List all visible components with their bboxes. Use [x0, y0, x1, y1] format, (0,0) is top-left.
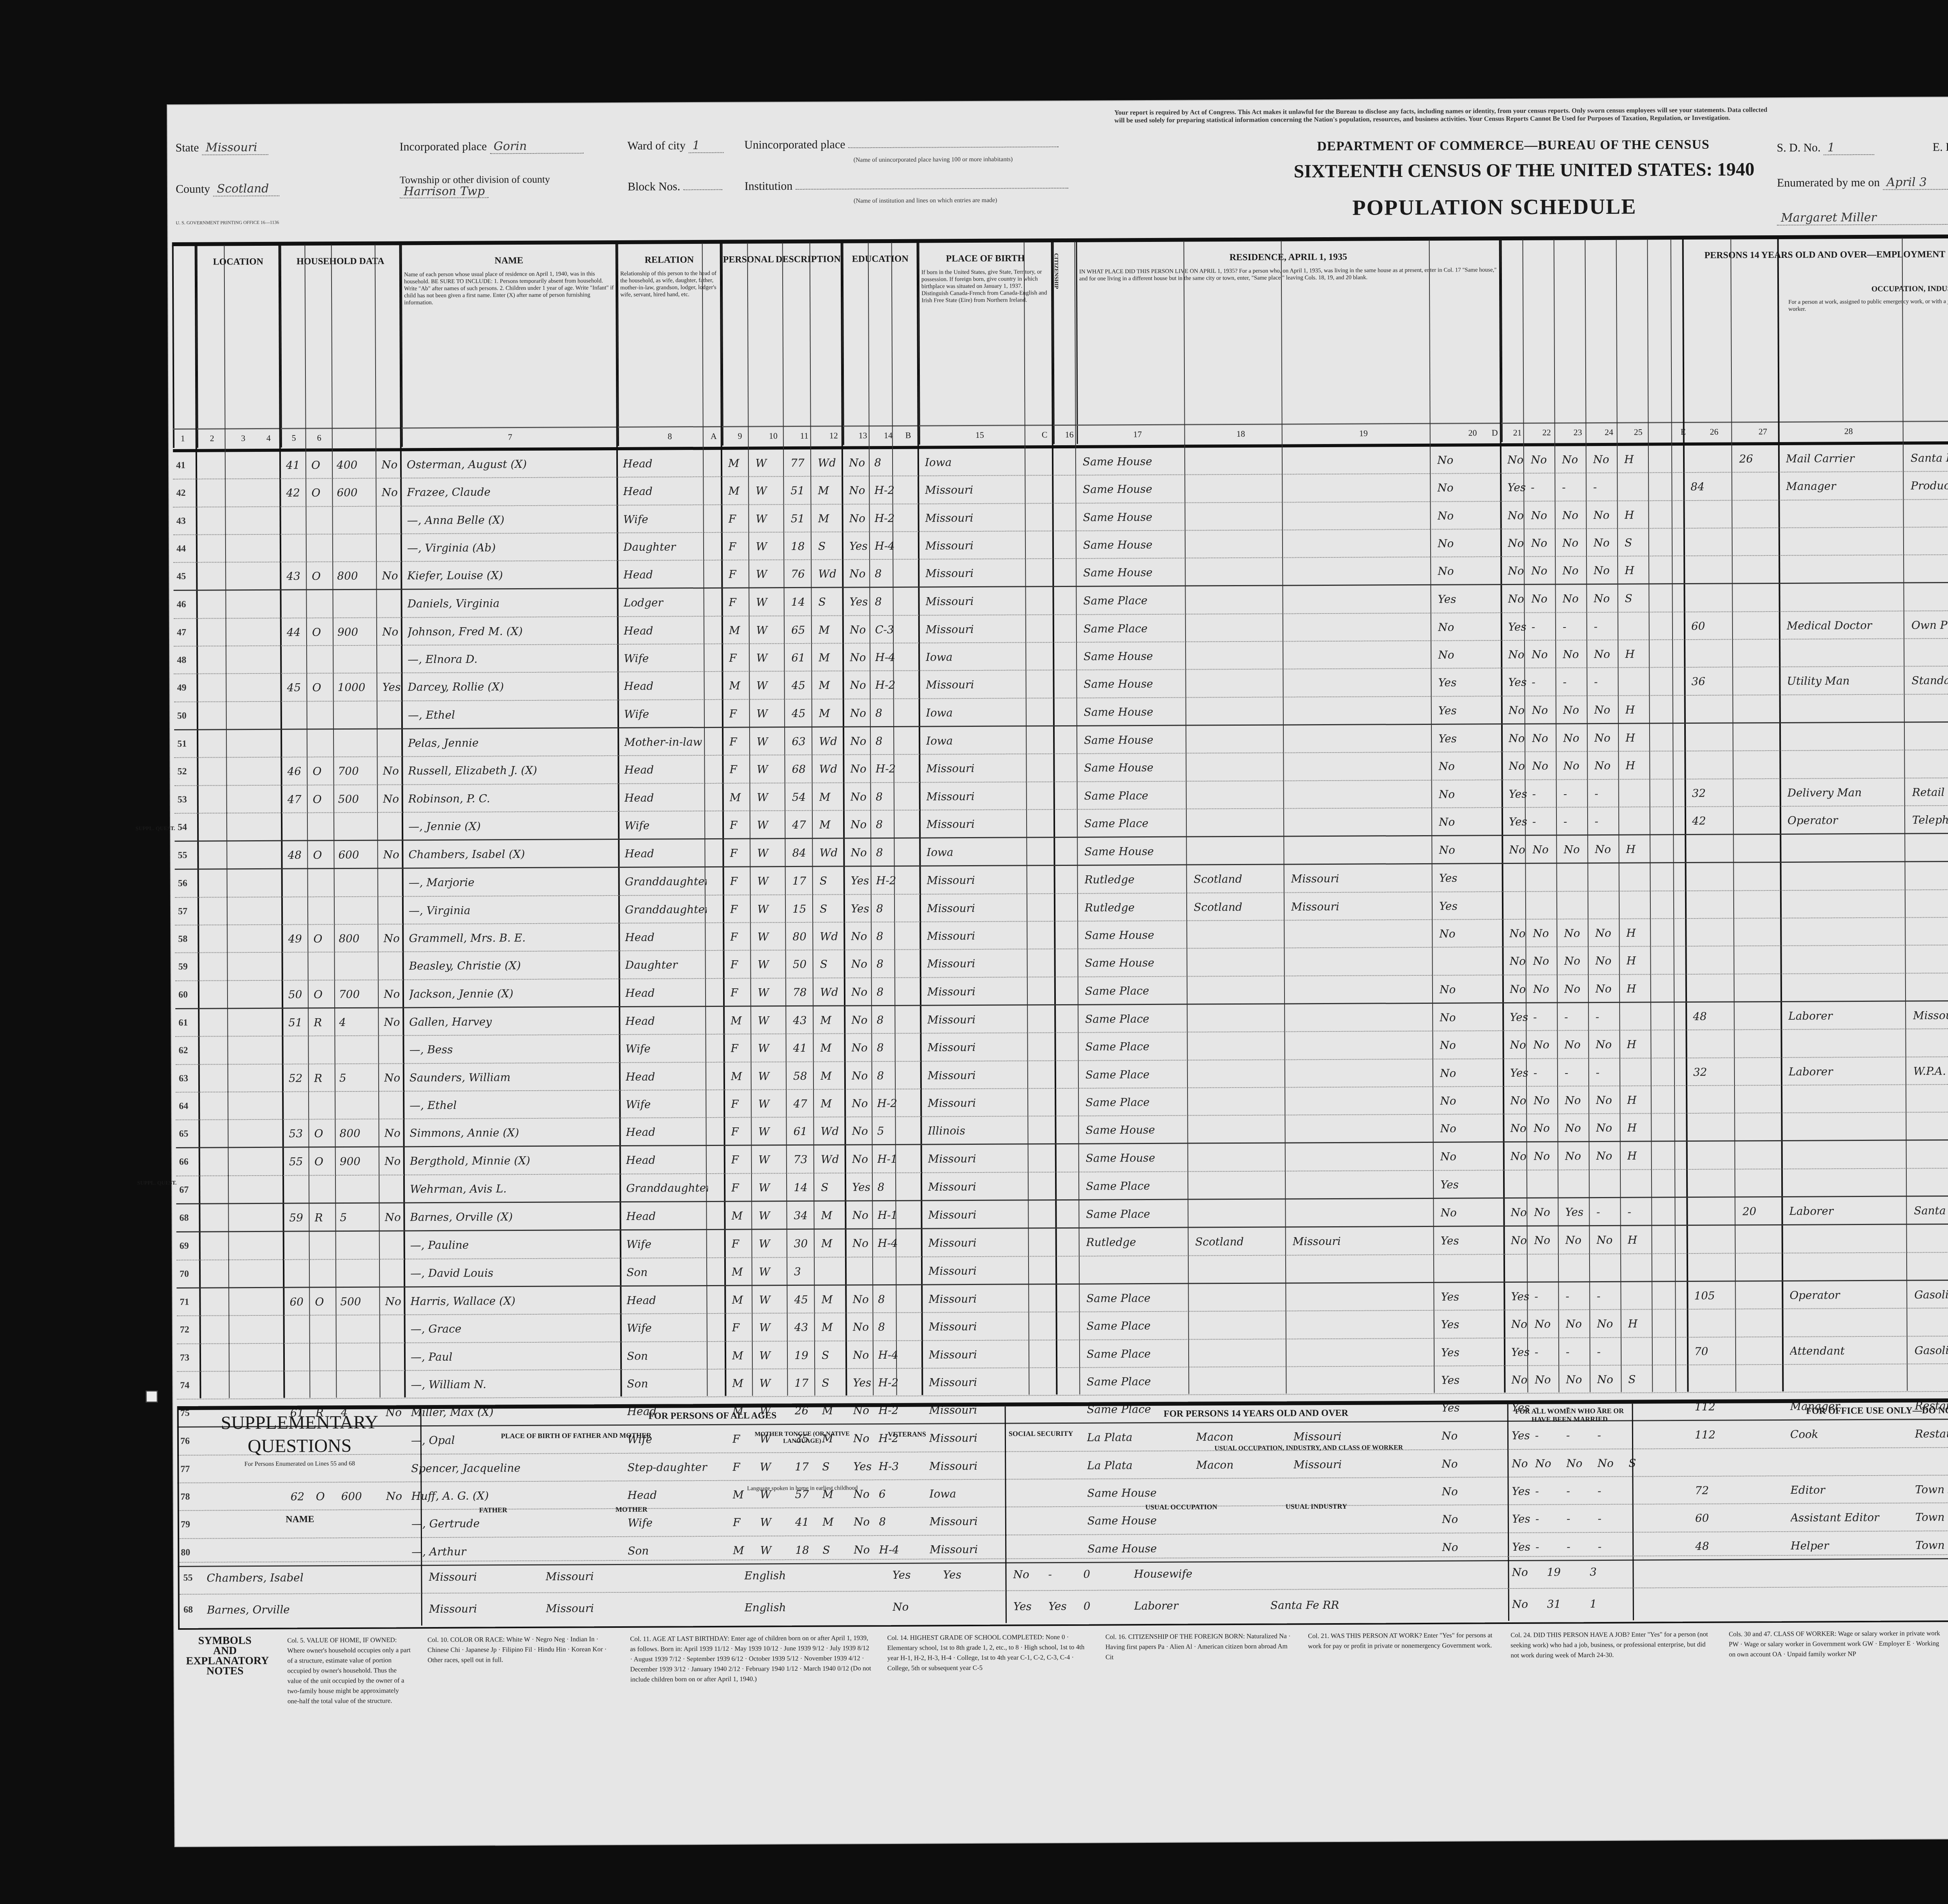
cell-race[interactable]: W: [759, 1261, 788, 1282]
supp-cell-mother[interactable]: Missouri: [545, 1566, 655, 1587]
cell-val[interactable]: [339, 872, 379, 894]
cell-farm35[interactable]: No: [1438, 561, 1461, 582]
cell-farm[interactable]: [385, 1374, 407, 1395]
cell-c22[interactable]: No: [1531, 449, 1558, 470]
cell-c25[interactable]: H: [1625, 755, 1653, 776]
cell-hh[interactable]: 43: [286, 566, 308, 587]
cell-ind[interactable]: [1912, 697, 1948, 719]
cell-grade[interactable]: 8: [876, 814, 897, 835]
cell-ind[interactable]: Santa Fe RR: [1911, 447, 1948, 469]
cell-hh[interactable]: 52: [289, 1067, 310, 1089]
cell-c22[interactable]: No: [1533, 1090, 1561, 1111]
cell-mar[interactable]: Wd: [819, 842, 847, 864]
cell-own[interactable]: [312, 705, 334, 726]
supp-cell-occ[interactable]: Housewife: [1134, 1563, 1266, 1585]
cell-farm[interactable]: No: [383, 844, 404, 866]
cell-c23[interactable]: No: [1562, 449, 1589, 470]
cell-sex[interactable]: F: [730, 843, 751, 864]
cell-farm35[interactable]: [1441, 1258, 1464, 1279]
cell-state[interactable]: [1292, 1090, 1385, 1112]
cell-c23[interactable]: [1565, 1173, 1592, 1195]
cell-mar[interactable]: M: [818, 508, 845, 529]
cell-name[interactable]: Darcey, Rollie (X): [408, 675, 620, 698]
cell-county[interactable]: [1195, 1091, 1286, 1112]
supp-cell-c49[interactable]: 19: [1547, 1561, 1578, 1583]
cell-c21[interactable]: Yes: [1508, 616, 1528, 638]
cell-c22[interactable]: No: [1532, 727, 1559, 749]
cell-name[interactable]: —, William N.: [411, 1373, 623, 1395]
cell-ind[interactable]: [1912, 753, 1948, 775]
cell-c25[interactable]: [1624, 476, 1652, 498]
cell-name[interactable]: —, Virginia (Ab): [407, 536, 619, 559]
cell-grade[interactable]: H-2: [878, 1372, 900, 1393]
cell-name[interactable]: —, Ethel: [408, 703, 620, 726]
cell-c25[interactable]: H: [1625, 643, 1652, 665]
cell-c27[interactable]: [1741, 782, 1782, 804]
cell-occ[interactable]: [1788, 866, 1907, 887]
cell-hh[interactable]: [288, 873, 309, 894]
cell-name[interactable]: Beasley, Christie (X): [409, 954, 621, 977]
cell-mar[interactable]: M: [821, 1204, 848, 1226]
cell-occ[interactable]: [1788, 1033, 1907, 1054]
supp-cell-occ[interactable]: Laborer: [1134, 1595, 1267, 1617]
cell-c26[interactable]: 84: [1690, 476, 1733, 497]
cell-hh[interactable]: 49: [288, 928, 309, 949]
cell-farm[interactable]: [382, 537, 403, 559]
cell-ind[interactable]: Standard Pipe Line Co: [1911, 669, 1948, 691]
cell-county[interactable]: Scotland: [1194, 896, 1285, 918]
cell-name[interactable]: —, Jennie (X): [408, 815, 621, 837]
cell-rel[interactable]: Head: [623, 453, 705, 474]
cell-farm[interactable]: No: [384, 1067, 406, 1088]
cell-own[interactable]: O: [312, 565, 333, 587]
cell-c25[interactable]: [1627, 1061, 1654, 1083]
cell-hh[interactable]: [289, 1263, 311, 1284]
cell-c27[interactable]: [1742, 1144, 1783, 1166]
cell-c27[interactable]: [1743, 1229, 1784, 1250]
cell-c25[interactable]: [1628, 1341, 1655, 1362]
cell-county[interactable]: [1195, 1287, 1287, 1308]
cell-c21[interactable]: No: [1511, 1313, 1531, 1335]
cell-birth[interactable]: Missouri: [927, 953, 1030, 975]
cell-c26[interactable]: [1691, 587, 1734, 609]
cell-mar[interactable]: M: [820, 1093, 848, 1114]
cell-c26[interactable]: [1693, 1089, 1736, 1110]
cell-c26[interactable]: [1691, 504, 1734, 525]
cell-mar[interactable]: Wd: [821, 1149, 848, 1170]
cell-res[interactable]: Same Place: [1085, 1008, 1190, 1030]
cell-c26[interactable]: [1691, 643, 1734, 665]
cell-sch[interactable]: Yes: [849, 535, 871, 557]
cell-c25[interactable]: S: [1625, 532, 1652, 553]
cell-farm35[interactable]: No: [1439, 839, 1462, 861]
cell-farm[interactable]: [383, 872, 405, 894]
cell-c27[interactable]: [1740, 643, 1781, 664]
cell-c24[interactable]: No: [1594, 643, 1621, 665]
cell-age[interactable]: 68: [792, 758, 815, 780]
cell-c22[interactable]: No: [1533, 1034, 1560, 1056]
cell-mar[interactable]: Wd: [818, 563, 845, 585]
cell-state[interactable]: [1292, 1007, 1385, 1029]
cell-grade[interactable]: [878, 1260, 899, 1282]
cell-farm35[interactable]: No: [1438, 616, 1461, 638]
cell-sex[interactable]: F: [731, 1149, 753, 1171]
cell-grade[interactable]: 8: [876, 786, 897, 807]
cell-farm35[interactable]: No: [1439, 783, 1462, 805]
cell-race[interactable]: W: [755, 480, 785, 501]
cell-occ[interactable]: [1789, 1256, 1908, 1278]
cell-county[interactable]: [1194, 952, 1286, 973]
cell-sex[interactable]: M: [730, 1010, 752, 1031]
cell-c22[interactable]: -: [1535, 1341, 1562, 1363]
cell-birth[interactable]: Missouri: [929, 1343, 1032, 1365]
cell-c23[interactable]: No: [1563, 643, 1590, 665]
cell-occ[interactable]: [1790, 1312, 1909, 1334]
cell-c25[interactable]: S: [1625, 588, 1652, 609]
cell-val[interactable]: [341, 1374, 381, 1395]
cell-rel[interactable]: Head: [625, 787, 706, 809]
cell-age[interactable]: 84: [792, 842, 815, 864]
cell-farm35[interactable]: No: [1440, 1202, 1464, 1223]
cell-mar[interactable]: Wd: [820, 981, 847, 1003]
cell-county[interactable]: [1196, 1315, 1287, 1336]
cell-own[interactable]: O: [311, 482, 333, 503]
cell-sex[interactable]: F: [730, 1038, 752, 1059]
cell-c25[interactable]: [1628, 1285, 1655, 1306]
cell-age[interactable]: 18: [791, 536, 814, 557]
cell-val[interactable]: [337, 593, 378, 615]
cell-grade[interactable]: H-2: [877, 1093, 898, 1114]
cell-c22[interactable]: No: [1532, 644, 1559, 665]
cell-occ[interactable]: [1787, 642, 1906, 664]
incorporated-place-value[interactable]: Gorin: [490, 139, 583, 154]
cell-c27[interactable]: [1743, 1368, 1784, 1389]
cell-own[interactable]: [314, 1039, 335, 1061]
cell-own[interactable]: [312, 649, 333, 670]
cell-county[interactable]: [1193, 673, 1284, 695]
cell-c22[interactable]: -: [1532, 811, 1560, 832]
cell-own[interactable]: O: [312, 760, 334, 782]
cell-c22[interactable]: No: [1533, 1118, 1561, 1139]
cell-ind[interactable]: [1911, 502, 1948, 524]
cell-c26[interactable]: [1692, 894, 1735, 915]
cell-state[interactable]: [1290, 644, 1383, 666]
cell-res[interactable]: Same Place: [1085, 1091, 1191, 1113]
cell-farm35[interactable]: No: [1440, 978, 1463, 1000]
cell-val[interactable]: [337, 509, 378, 531]
cell-race[interactable]: W: [759, 1372, 789, 1394]
cell-ind[interactable]: [1913, 865, 1948, 887]
cell-mar[interactable]: M: [819, 786, 847, 807]
cell-occ[interactable]: Medical Doctor: [1787, 614, 1906, 636]
cell-grade[interactable]: 8: [876, 926, 898, 947]
cell-sex[interactable]: M: [728, 452, 750, 474]
cell-ind[interactable]: [1913, 1115, 1948, 1137]
cell-c27[interactable]: [1741, 894, 1782, 915]
cell-state[interactable]: [1290, 672, 1383, 694]
cell-race[interactable]: W: [757, 842, 786, 864]
cell-farm[interactable]: [383, 900, 405, 921]
cell-grade[interactable]: 8: [877, 1037, 898, 1058]
cell-c22[interactable]: No: [1532, 699, 1559, 721]
cell-farm[interactable]: No: [381, 482, 403, 503]
cell-c25[interactable]: H: [1625, 727, 1653, 748]
supp-cell-c42[interactable]: Yes: [1013, 1595, 1037, 1617]
cell-age[interactable]: 76: [791, 563, 814, 585]
cell-res[interactable]: Rutledge: [1085, 896, 1190, 918]
cell-mar[interactable]: M: [821, 1289, 849, 1310]
cell-c26[interactable]: 60: [1691, 615, 1734, 636]
cell-birth[interactable]: Missouri: [926, 785, 1030, 807]
cell-c27[interactable]: [1742, 1172, 1783, 1194]
cell-c26[interactable]: [1694, 1201, 1736, 1222]
cell-c24[interactable]: No: [1593, 560, 1621, 581]
cell-birth[interactable]: Missouri: [929, 1316, 1032, 1338]
cell-name[interactable]: —, Elnora D.: [408, 648, 620, 670]
cell-c23[interactable]: [1564, 867, 1591, 889]
cell-c25[interactable]: [1628, 1257, 1655, 1278]
cell-occ[interactable]: [1788, 949, 1907, 971]
supp-cell-ind[interactable]: [1270, 1562, 1395, 1584]
cell-ind[interactable]: [1913, 893, 1948, 915]
cell-sex[interactable]: M: [729, 675, 750, 696]
cell-rel[interactable]: Head: [626, 1289, 708, 1311]
cell-ind[interactable]: [1914, 1227, 1948, 1249]
cell-age[interactable]: 80: [792, 926, 816, 947]
ward-value[interactable]: 1: [688, 139, 723, 153]
cell-val[interactable]: [337, 538, 378, 559]
cell-c24[interactable]: -: [1596, 1201, 1623, 1223]
cell-c21[interactable]: No: [1508, 504, 1527, 526]
cell-hh[interactable]: 45: [287, 677, 308, 698]
cell-c26[interactable]: [1691, 559, 1734, 581]
cell-c26[interactable]: [1693, 977, 1736, 999]
cell-name[interactable]: —, Ethel: [409, 1094, 622, 1116]
cell-rel[interactable]: Head: [623, 480, 705, 502]
cell-farm[interactable]: [384, 956, 405, 977]
cell-val[interactable]: 900: [337, 621, 378, 642]
cell-val[interactable]: [337, 649, 378, 670]
cell-mar[interactable]: S: [821, 1176, 848, 1198]
cell-sex[interactable]: M: [731, 1205, 753, 1226]
cell-res[interactable]: Same House: [1083, 562, 1188, 584]
cell-age[interactable]: 17: [792, 870, 816, 892]
cell-farm35[interactable]: Yes: [1441, 1286, 1464, 1307]
cell-sex[interactable]: F: [729, 508, 750, 529]
cell-age[interactable]: 61: [791, 647, 815, 668]
cell-val[interactable]: 700: [339, 983, 380, 1005]
cell-rel[interactable]: Head: [626, 1066, 708, 1088]
cell-farm35[interactable]: No: [1440, 1007, 1463, 1028]
cell-c25[interactable]: H: [1625, 504, 1652, 525]
cell-val[interactable]: 4: [339, 1012, 380, 1033]
cell-birth[interactable]: Iowa: [926, 646, 1029, 668]
cell-mar[interactable]: Wd: [819, 730, 846, 752]
cell-res[interactable]: Same House: [1083, 478, 1188, 500]
cell-sex[interactable]: M: [729, 619, 750, 641]
cell-ind[interactable]: [1911, 586, 1948, 608]
cell-farm[interactable]: [384, 1095, 406, 1116]
cell-occ[interactable]: Mail Carrier: [1786, 448, 1905, 469]
cell-sch[interactable]: Yes: [852, 1176, 873, 1198]
cell-hh[interactable]: [287, 649, 308, 671]
cell-mar[interactable]: [821, 1261, 849, 1282]
cell-grade[interactable]: 8: [874, 452, 896, 473]
cell-c26[interactable]: [1694, 1368, 1737, 1389]
cell-c21[interactable]: Yes: [1508, 672, 1528, 693]
cell-c26[interactable]: [1692, 922, 1735, 943]
cell-name[interactable]: Robinson, P. C.: [408, 787, 621, 809]
cell-sex[interactable]: F: [730, 898, 752, 920]
township-value[interactable]: Harrison Twp: [400, 185, 489, 198]
cell-occ[interactable]: [1789, 1144, 1908, 1166]
cell-age[interactable]: 47: [792, 814, 815, 836]
cell-name[interactable]: Daniels, Virginia: [407, 592, 619, 614]
cell-grade[interactable]: H-4: [878, 1344, 900, 1365]
cell-c25[interactable]: -: [1627, 1201, 1655, 1222]
cell-county[interactable]: [1193, 840, 1285, 862]
cell-name[interactable]: —, Pauline: [410, 1234, 623, 1256]
cell-birth[interactable]: Missouri: [926, 618, 1029, 640]
cell-hh[interactable]: [288, 956, 310, 977]
cell-name[interactable]: Simmons, Annie (X): [409, 1121, 622, 1144]
cell-age[interactable]: 43: [794, 1317, 818, 1338]
cell-farm35[interactable]: No: [1438, 756, 1462, 777]
cell-c22[interactable]: No: [1535, 1313, 1562, 1335]
cell-farm35[interactable]: No: [1440, 1062, 1463, 1084]
cell-race[interactable]: W: [757, 786, 786, 808]
cell-c24[interactable]: -: [1594, 616, 1621, 637]
cell-birth[interactable]: Missouri: [928, 1288, 1032, 1310]
cell-sch[interactable]: Yes: [849, 591, 871, 613]
cell-birth[interactable]: Missouri: [925, 507, 1029, 529]
cell-own[interactable]: [312, 510, 333, 531]
cell-c26[interactable]: 36: [1691, 671, 1734, 692]
cell-occ[interactable]: [1789, 1088, 1907, 1110]
cell-farm35[interactable]: Yes: [1439, 867, 1463, 889]
cell-rel[interactable]: Wife: [624, 647, 706, 669]
cell-val[interactable]: [339, 956, 380, 977]
cell-race[interactable]: W: [757, 898, 787, 920]
cell-c24[interactable]: No: [1597, 1369, 1624, 1390]
cell-c27[interactable]: [1742, 977, 1782, 999]
cell-grade[interactable]: 5: [877, 1120, 898, 1142]
cell-c25[interactable]: H: [1627, 1089, 1654, 1111]
cell-c23[interactable]: -: [1565, 1062, 1592, 1083]
cell-birth[interactable]: Missouri: [928, 1232, 1032, 1254]
supp-cell-c41[interactable]: Yes: [943, 1564, 966, 1585]
cell-c24[interactable]: No: [1596, 1090, 1623, 1111]
cell-grade[interactable]: 8: [877, 953, 898, 975]
cell-race[interactable]: W: [757, 758, 786, 780]
cell-state[interactable]: [1293, 1286, 1386, 1308]
cell-c22[interactable]: No: [1531, 532, 1558, 554]
cell-age[interactable]: 19: [794, 1344, 818, 1366]
cell-val[interactable]: [339, 900, 379, 921]
cell-c21[interactable]: No: [1510, 950, 1529, 972]
cell-sex[interactable]: F: [729, 759, 751, 780]
cell-hh[interactable]: [289, 1235, 311, 1257]
cell-c26[interactable]: [1692, 698, 1734, 720]
cell-birth[interactable]: Missouri: [927, 925, 1030, 947]
cell-val[interactable]: [338, 816, 379, 837]
cell-sch[interactable]: No: [849, 480, 870, 501]
cell-c22[interactable]: -: [1532, 616, 1559, 637]
cell-c26[interactable]: 105: [1694, 1285, 1737, 1306]
cell-val[interactable]: 500: [340, 1291, 381, 1312]
cell-age[interactable]: 3: [794, 1261, 817, 1282]
supp-cell-c48[interactable]: No: [1512, 1562, 1543, 1583]
cell-state[interactable]: [1291, 811, 1384, 833]
cell-age[interactable]: 61: [793, 1121, 817, 1142]
cell-age[interactable]: 78: [793, 981, 816, 1003]
cell-val[interactable]: 600: [337, 482, 378, 503]
cell-farm35[interactable]: [1440, 951, 1463, 972]
supp-cell-father[interactable]: Missouri: [429, 1566, 538, 1588]
cell-birth[interactable]: Missouri: [927, 1008, 1030, 1030]
cell-race[interactable]: W: [757, 731, 786, 752]
cell-mar[interactable]: Wd: [818, 452, 845, 473]
cell-birth[interactable]: Missouri: [926, 758, 1029, 779]
cell-c21[interactable]: Yes: [1510, 1062, 1530, 1083]
cell-c26[interactable]: [1692, 950, 1735, 971]
cell-race[interactable]: W: [759, 1233, 788, 1254]
cell-sch[interactable]: No: [852, 1232, 874, 1254]
cell-c23[interactable]: -: [1563, 811, 1591, 832]
cell-name[interactable]: Johnson, Fred M. (X): [408, 620, 620, 642]
cell-grade[interactable]: 8: [875, 563, 896, 584]
cell-ind[interactable]: [1913, 948, 1948, 970]
cell-own[interactable]: [313, 816, 334, 837]
cell-res[interactable]: Same House: [1084, 757, 1189, 779]
cell-ind[interactable]: Own Practice: [1911, 614, 1948, 636]
cell-county[interactable]: Scotland: [1195, 1231, 1287, 1253]
cell-c23[interactable]: [1565, 1257, 1593, 1279]
cell-c25[interactable]: [1627, 1173, 1655, 1194]
cell-res[interactable]: Same Place: [1084, 812, 1189, 834]
cell-rel[interactable]: Wife: [627, 1317, 709, 1339]
cell-own[interactable]: [314, 1095, 335, 1116]
cell-name[interactable]: Chambers, Isabel (X): [408, 843, 621, 865]
cell-c26[interactable]: 48: [1693, 1005, 1736, 1027]
supp-cell-tongue[interactable]: English: [744, 1564, 861, 1586]
cell-birth[interactable]: Missouri: [927, 897, 1030, 919]
cell-race[interactable]: W: [756, 619, 785, 641]
cell-name[interactable]: Barnes, Orville (X): [410, 1206, 622, 1228]
cell-ind[interactable]: Gasoline Filling Station: [1914, 1339, 1948, 1361]
cell-county[interactable]: [1193, 784, 1285, 806]
cell-farm35[interactable]: Yes: [1441, 1314, 1465, 1335]
cell-val[interactable]: 400: [337, 454, 378, 476]
cell-sex[interactable]: M: [728, 480, 750, 502]
cell-res[interactable]: Same Place: [1087, 1315, 1192, 1337]
cell-val[interactable]: 600: [338, 844, 379, 866]
cell-hh[interactable]: 55: [289, 1151, 311, 1172]
cell-c21[interactable]: [1509, 895, 1529, 917]
cell-farm[interactable]: [382, 593, 403, 615]
cell-c27[interactable]: [1742, 1061, 1783, 1082]
cell-grade[interactable]: 8: [875, 591, 896, 612]
cell-occ[interactable]: Delivery Man: [1787, 781, 1906, 803]
cell-val[interactable]: [339, 1095, 380, 1116]
cell-county[interactable]: Scotland: [1194, 868, 1285, 890]
cell-farm35[interactable]: No: [1440, 1035, 1463, 1056]
cell-age[interactable]: 15: [792, 898, 816, 920]
cell-c24[interactable]: No: [1596, 1117, 1623, 1139]
cell-sex[interactable]: M: [730, 786, 751, 808]
cell-res[interactable]: Same House: [1083, 506, 1188, 528]
cell-mar[interactable]: S: [822, 1372, 849, 1393]
